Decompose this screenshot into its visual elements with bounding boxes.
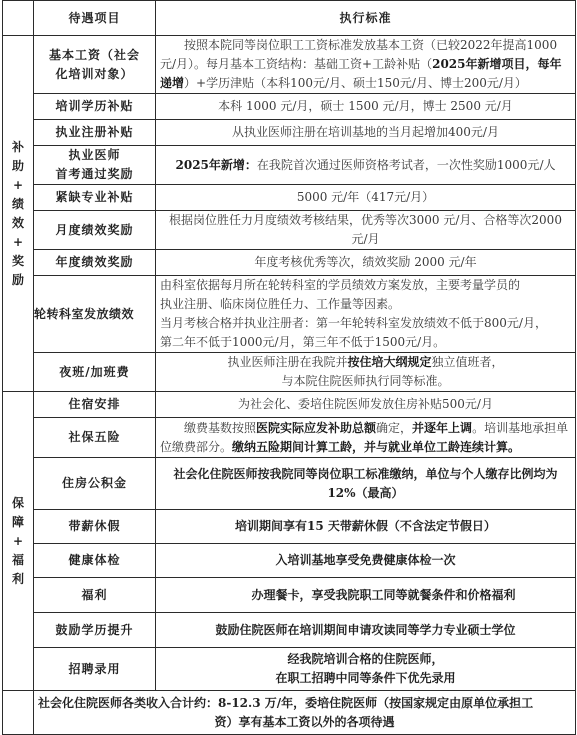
table-footer-row: 社会化住院医师各类收入合计约：8-12.3 万/年，委培住院医师（按国家规定由原… <box>3 691 576 720</box>
item-paid-leave: 带薪休假 <box>34 510 156 544</box>
item-rotation-performance: 轮转科室发放绩效 <box>34 276 156 353</box>
standard-shortage-specialty-subsidy: 5000 元/年（417元/月） <box>156 185 576 211</box>
standard-welfare: 办理餐卡，享受我院职工同等就餐条件和价格福利 <box>156 578 576 613</box>
standard-training-degree-subsidy: 本科 1000 元/月，硕士 1500 元/月，博士 2500 元/月 <box>156 94 576 120</box>
item-shortage-specialty-subsidy: 紧缺专业补贴 <box>34 185 156 211</box>
footer-empty-cell <box>3 691 34 720</box>
table-row-first-exam-reward: 执业医师 首考通过奖励 2025年新增：在我院首次通过医师资格考试者，一次性奖励… <box>3 146 576 185</box>
standard-first-exam-reward: 2025年新增：在我院首次通过医师资格考试者，一次性奖励1000元/人 <box>156 146 576 185</box>
item-housing-fund: 住房公积金 <box>34 458 156 510</box>
table-row-shortage-specialty-subsidy: 紧缺专业补贴 5000 元/年（417元/月） <box>3 185 576 211</box>
header-item-cell: 待遇项目 <box>34 1 156 36</box>
table-row-basic-salary: 补 助 + 绩 效 + 奖 励 基本工资（社会 化培训对象） 按照本院同等岗位职… <box>3 36 576 94</box>
table-row-rotation-performance: 轮转科室发放绩效 由科室依据每月所在轮转科室的学员绩效方案发放，主要考量学员的 … <box>3 276 576 353</box>
item-health-checkup: 健康体检 <box>34 544 156 578</box>
item-annual-performance: 年度绩效奖励 <box>34 250 156 276</box>
item-education-upgrade: 鼓励学历提升 <box>34 613 156 648</box>
table-row-recruitment: 招聘录用 经我院培训合格的住院医师， 在职工招聘中同等条件下优先录用 <box>3 648 576 691</box>
item-accommodation: 住宿安排 <box>34 392 156 418</box>
table-row-welfare: 福利 办理餐卡，享受我院职工同等就餐条件和价格福利 <box>3 578 576 613</box>
item-registration-subsidy: 执业注册补贴 <box>34 120 156 146</box>
income-summary: 社会化住院医师各类收入合计约：8-12.3 万/年，委培住院医师（按国家规定由原… <box>34 691 576 720</box>
group-label-security-welfare: 保 障 + 福 利 <box>3 392 34 691</box>
standard-paid-leave: 培训期间享有15 天带薪休假（不含法定节假日） <box>156 510 576 544</box>
table-row-housing-fund: 住房公积金 社会化住院医师按我院同等岗位职工标准缴纳，单位与个人缴存比例均为 1… <box>3 458 576 510</box>
standard-social-insurance: 缴费基数按照医院实际应发补助总额确定，并逐年上调。培训基地承担单位缴费部分。缴纳… <box>156 418 576 458</box>
header-group-cell <box>3 1 34 36</box>
table-row-social-insurance: 社保五险 缴费基数按照医院实际应发补助总额确定，并逐年上调。培训基地承担单位缴费… <box>3 418 576 458</box>
item-welfare: 福利 <box>34 578 156 613</box>
item-night-overtime-pay: 夜班/加班费 <box>34 353 156 392</box>
header-standard-cell: 执行标准 <box>156 1 576 36</box>
table-row-registration-subsidy: 执业注册补贴 从执业医师注册在培训基地的当月起增加400元/月 <box>3 120 576 146</box>
standard-basic-salary: 按照本院同等岗位职工工资标准发放基本工资（已较2022年提高1000元/月）。每… <box>156 36 576 94</box>
standard-registration-subsidy: 从执业医师注册在培训基地的当月起增加400元/月 <box>156 120 576 146</box>
benefits-table: 待遇项目 执行标准 补 助 + 绩 效 + 奖 励 基本工资（社会 化培训对象）… <box>2 0 576 719</box>
table-row-annual-performance: 年度绩效奖励 年度考核优秀等次，绩效奖励 2000 元/年 <box>3 250 576 276</box>
standard-accommodation: 为社会化、委培住院医师发放住房补贴500元/月 <box>156 392 576 418</box>
table-row-monthly-performance: 月度绩效奖励 根据岗位胜任力月度绩效考核结果，优秀等次3000 元/月、合格等次… <box>3 211 576 250</box>
table-row-training-degree-subsidy: 培训学历补贴 本科 1000 元/月，硕士 1500 元/月，博士 2500 元… <box>3 94 576 120</box>
table-row-paid-leave: 带薪休假 培训期间享有15 天带薪休假（不含法定节假日） <box>3 510 576 544</box>
item-monthly-performance: 月度绩效奖励 <box>34 211 156 250</box>
standard-education-upgrade: 鼓励住院医师在培训期间申请攻读同等学力专业硕士学位 <box>156 613 576 648</box>
item-social-insurance: 社保五险 <box>34 418 156 458</box>
item-basic-salary: 基本工资（社会 化培训对象） <box>34 36 156 94</box>
item-recruitment: 招聘录用 <box>34 648 156 691</box>
group-label-subsidy-performance-reward: 补 助 + 绩 效 + 奖 励 <box>3 36 34 392</box>
standard-rotation-performance: 由科室依据每月所在轮转科室的学员绩效方案发放，主要考量学员的 执业注册、临床岗位… <box>156 276 576 353</box>
standard-monthly-performance: 根据岗位胜任力月度绩效考核结果，优秀等次3000 元/月、合格等次2000 元/… <box>156 211 576 250</box>
item-first-exam-reward: 执业医师 首考通过奖励 <box>34 146 156 185</box>
standard-annual-performance: 年度考核优秀等次，绩效奖励 2000 元/年 <box>156 250 576 276</box>
table-row-accommodation: 保 障 + 福 利 住宿安排 为社会化、委培住院医师发放住房补贴500元/月 <box>3 392 576 418</box>
table-row-education-upgrade: 鼓励学历提升 鼓励住院医师在培训期间申请攻读同等学力专业硕士学位 <box>3 613 576 648</box>
table-header-row: 待遇项目 执行标准 <box>3 1 576 36</box>
table-row-health-checkup: 健康体检 入培训基地享受免费健康体检一次 <box>3 544 576 578</box>
standard-housing-fund: 社会化住院医师按我院同等岗位职工标准缴纳，单位与个人缴存比例均为 12%（最高） <box>156 458 576 510</box>
standard-health-checkup: 入培训基地享受免费健康体检一次 <box>156 544 576 578</box>
standard-night-overtime-pay: 执业医师注册在我院并按住培大纲规定独立值班者， 与本院住院医师执行同等标准。 <box>156 353 576 392</box>
table-row-night-overtime-pay: 夜班/加班费 执业医师注册在我院并按住培大纲规定独立值班者， 与本院住院医师执行… <box>3 353 576 392</box>
standard-recruitment: 经我院培训合格的住院医师， 在职工招聘中同等条件下优先录用 <box>156 648 576 691</box>
item-training-degree-subsidy: 培训学历补贴 <box>34 94 156 120</box>
